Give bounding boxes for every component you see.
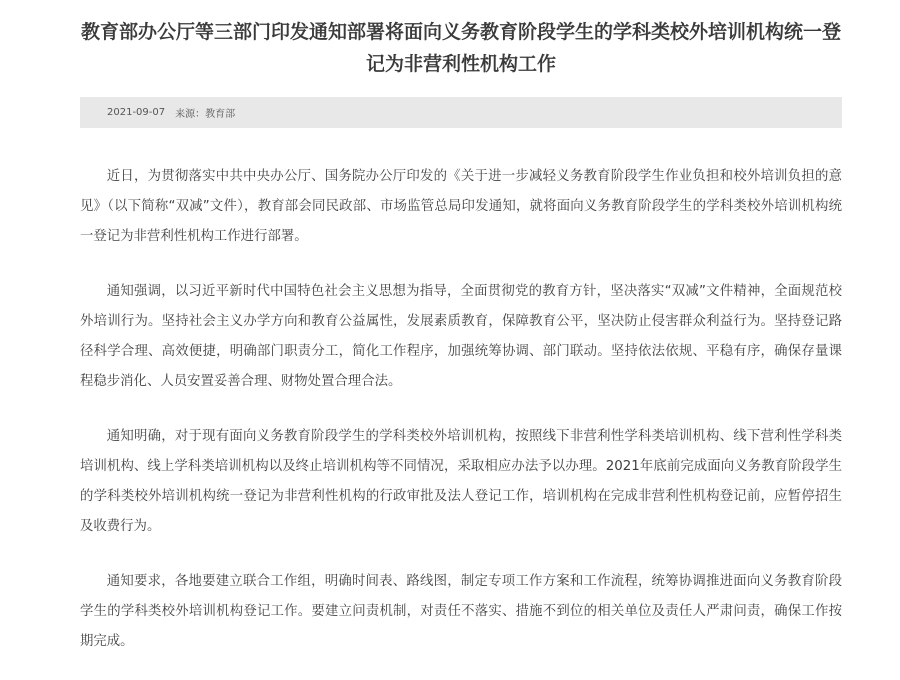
paragraph-4: 通知要求，各地要建立联合工作组，明确时间表、路线图，制定专项工作方案和工作流程，… [80, 567, 842, 657]
paragraph-3: 通知明确，对于现有面向义务教育阶段学生的学科类校外培训机构，按照线下非营利性学科… [80, 422, 842, 542]
paragraph-1: 近日，为贯彻落实中共中央办公厅、国务院办公厅印发的《关于进一步减轻义务教育阶段学… [80, 162, 842, 252]
article-body: 近日，为贯彻落实中共中央办公厅、国务院办公厅印发的《关于进一步减轻义务教育阶段学… [80, 162, 842, 657]
source-label: 来源： [175, 105, 205, 120]
article-title: 教育部办公厅等三部门印发通知部署将面向义务教育阶段学生的学科类校外培训机构统一登… [80, 0, 842, 80]
publish-date: 2021-09-07 [107, 107, 165, 118]
paragraph-2: 通知强调，以习近平新时代中国特色社会主义思想为指导，全面贯彻党的教育方针，坚决落… [80, 277, 842, 397]
source-value: 教育部 [205, 105, 235, 120]
article: 教育部办公厅等三部门印发通知部署将面向义务教育阶段学生的学科类校外培训机构统一登… [80, 0, 842, 680]
article-meta-bar: 2021-09-07 来源： 教育部 [80, 97, 842, 128]
